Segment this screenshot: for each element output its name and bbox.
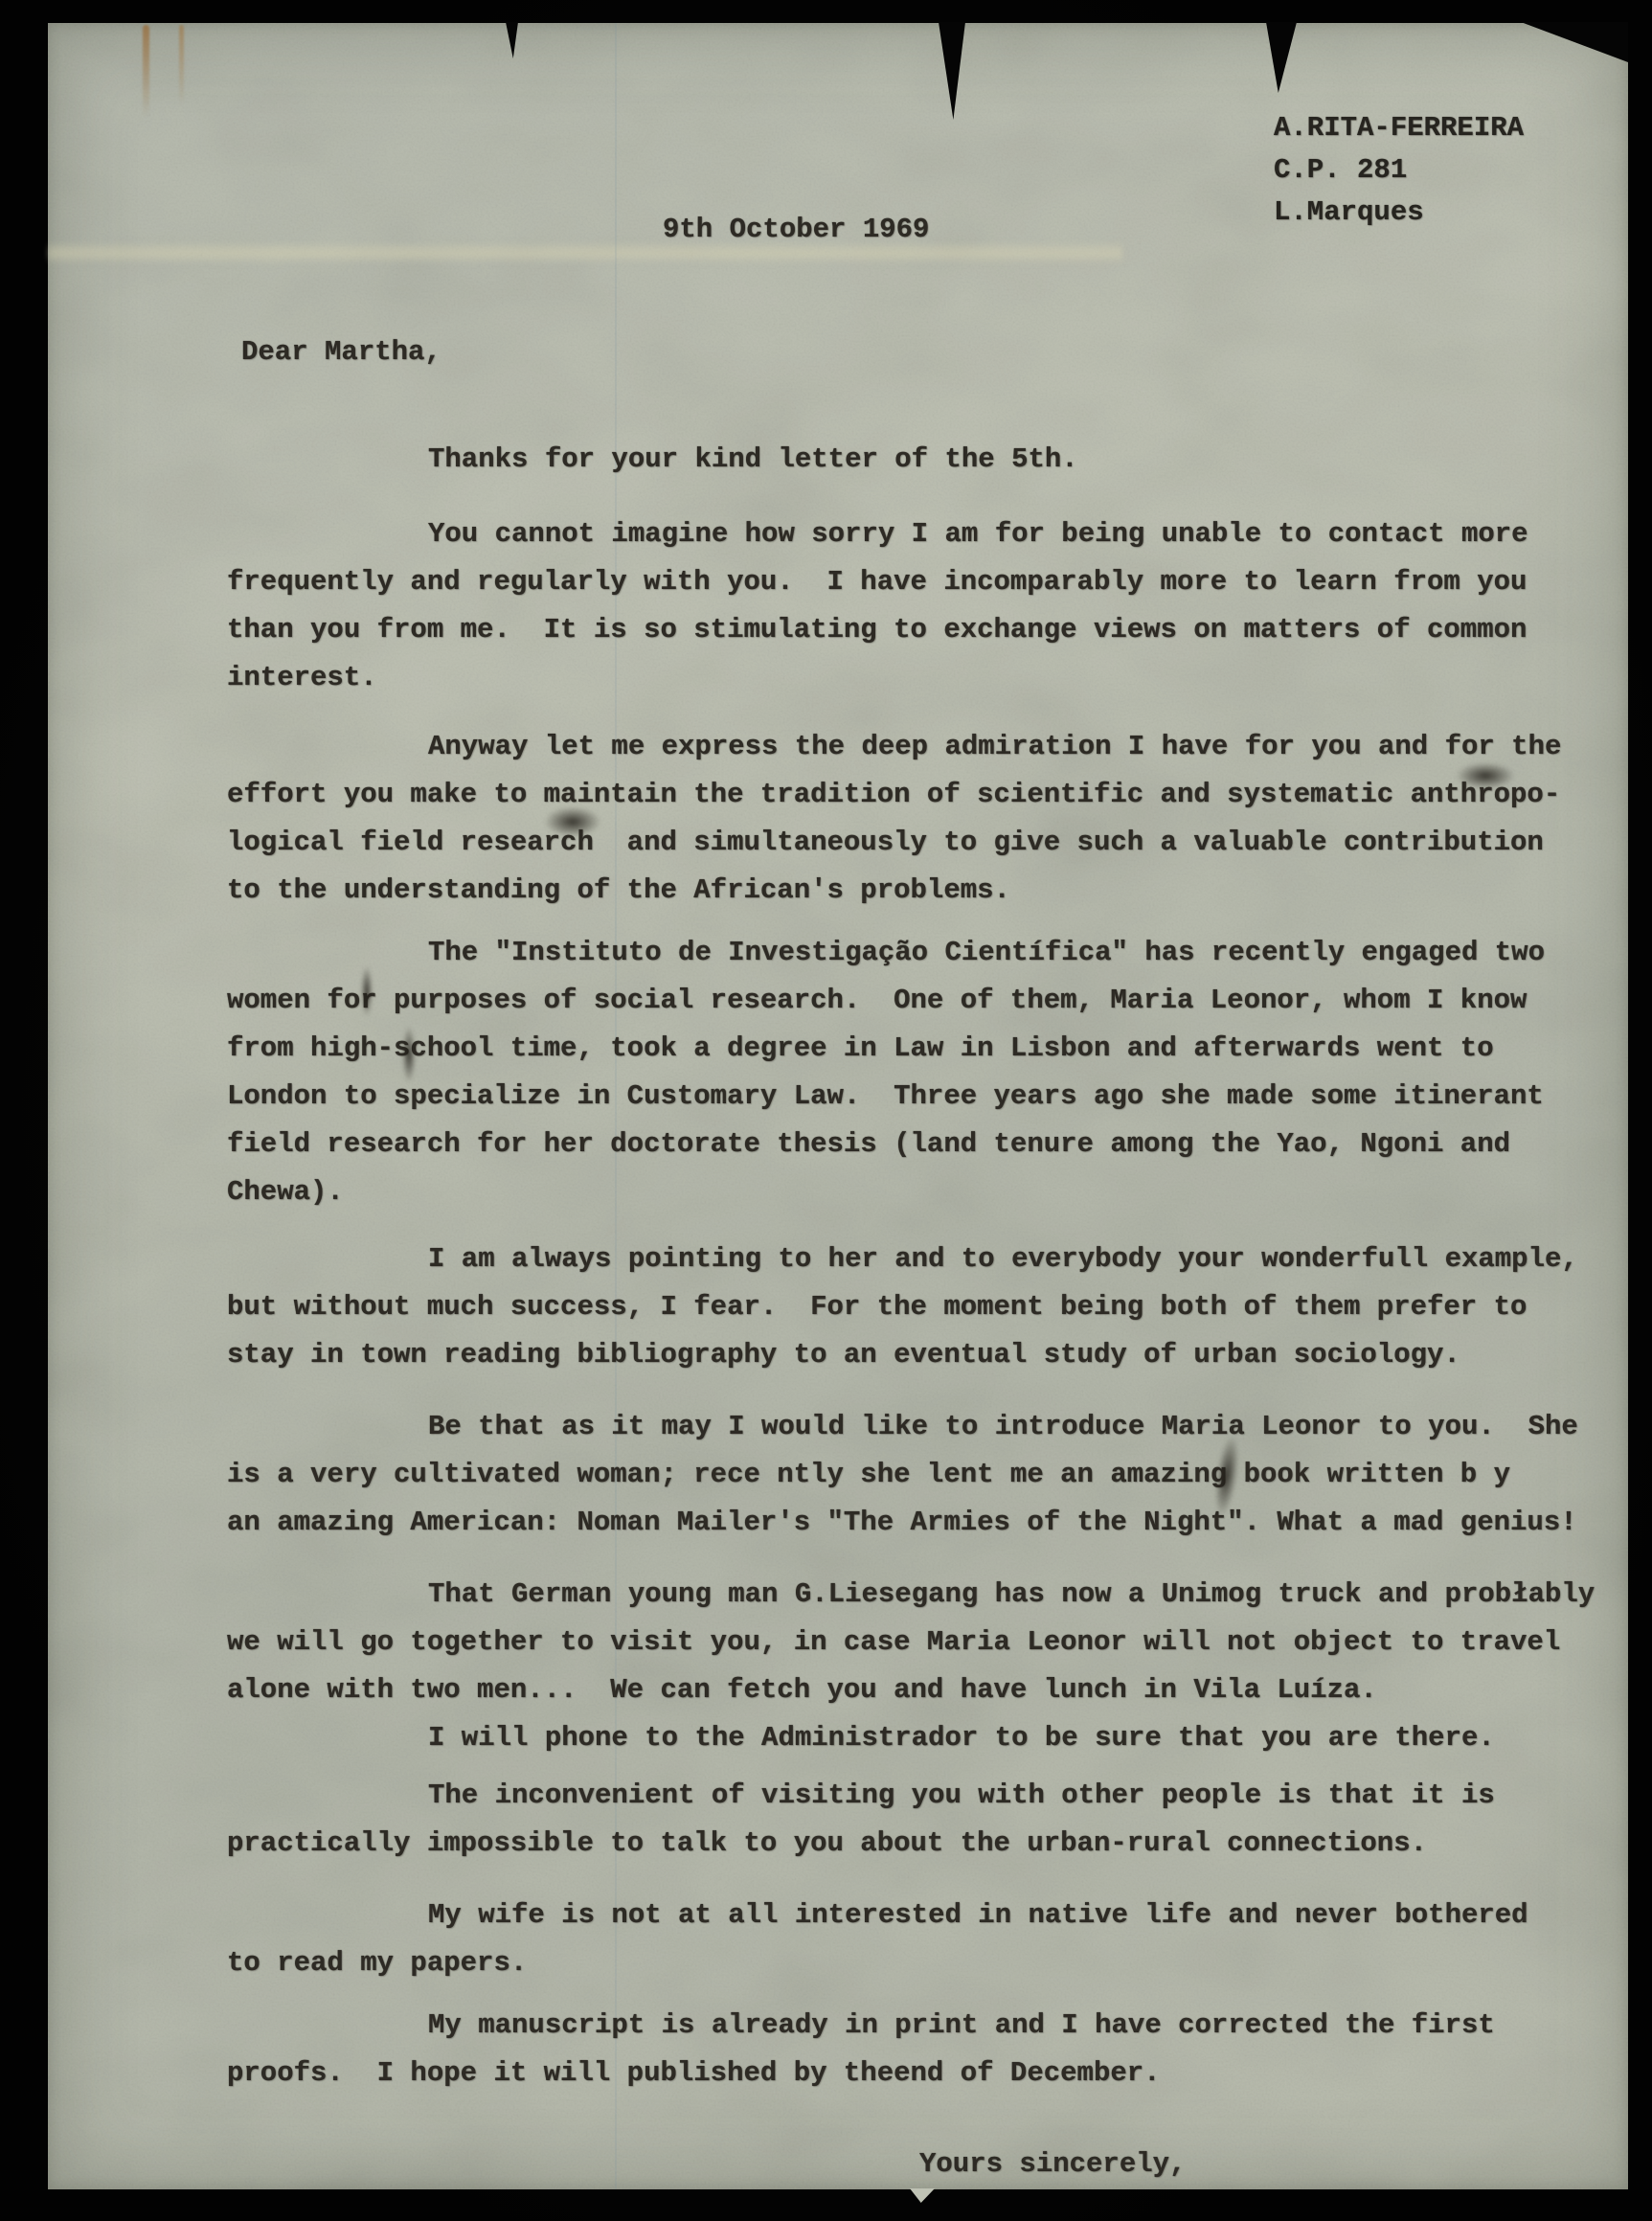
paper-tear: [910, 2188, 935, 2203]
paragraph: You cannot imagine how sorry I am for be…: [227, 510, 1611, 702]
sender-name: A.RITA-FERREIRA: [1274, 107, 1524, 149]
paragraph: Anyway let me express the deep admiratio…: [227, 723, 1611, 915]
closing: Yours sincerely,: [919, 2141, 1611, 2188]
ink-smudge: [1456, 762, 1515, 789]
paragraph: That German young man G.Liesegang has no…: [227, 1571, 1611, 1714]
paper-tear: [939, 22, 965, 120]
sender-address-block: A.RITA-FERREIRA C.P. 281 L.Marques: [1274, 107, 1524, 234]
sender-city: L.Marques: [1274, 192, 1524, 234]
scan-background: A.RITA-FERREIRA C.P. 281 L.Marques 9th O…: [0, 0, 1652, 2221]
letter-body: Thanks for your kind letter of the 5th. …: [227, 436, 1611, 2188]
paragraph: I am always pointing to her and to every…: [227, 1235, 1611, 1379]
ink-smudge: [361, 965, 373, 1017]
paragraph: My manuscript is already in print and I …: [227, 2002, 1611, 2097]
ink-smudge: [402, 1026, 416, 1083]
paper-tear: [1266, 22, 1297, 93]
letter-page: A.RITA-FERREIRA C.P. 281 L.Marques 9th O…: [48, 23, 1628, 2189]
paragraph: The "Instituto de Investigação Científic…: [227, 929, 1611, 1216]
paragraph: My wife is not at all interested in nati…: [227, 1892, 1611, 1987]
ink-smudge: [544, 806, 601, 837]
sender-po-box: C.P. 281: [1274, 149, 1524, 192]
paragraph: The inconvenient of visiting you with ot…: [227, 1772, 1611, 1868]
paragraph: Thanks for your kind letter of the 5th.: [227, 436, 1611, 484]
paper-tear: [506, 22, 518, 58]
rust-stain: [143, 25, 149, 117]
salutation: Dear Martha,: [241, 335, 441, 370]
rust-stain: [179, 25, 184, 105]
corner-shadow: [1521, 22, 1628, 62]
paper-crease: [48, 241, 1122, 264]
letter-date: 9th October 1969: [663, 213, 929, 247]
paragraph: I will phone to the Administrador to be …: [227, 1714, 1611, 1762]
paragraph: Be that as it may I would like to introd…: [227, 1403, 1611, 1547]
